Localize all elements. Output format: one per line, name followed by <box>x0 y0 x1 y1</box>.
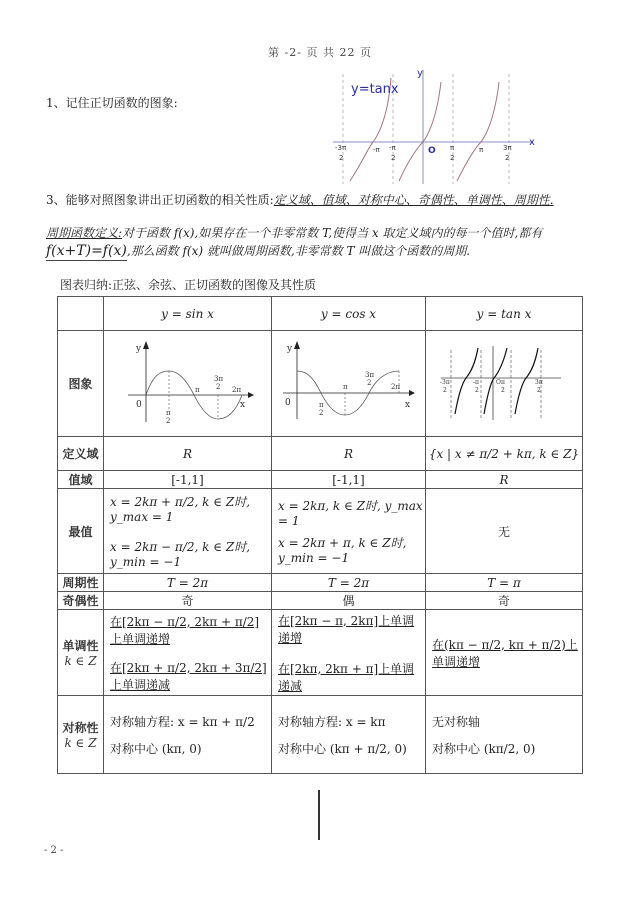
sin-graph-cell: y 0 x π2 π 3π2 2π <box>104 331 272 437</box>
header-sin: y = sin x <box>104 297 272 331</box>
period-cos: T = 2π <box>272 574 426 592</box>
monotonic-sin-inc: 在[2kπ − π/2, 2kπ + π/2]上单调递增 <box>110 613 271 647</box>
monotonic-tan-inc: 在(kπ − π/2, kπ + π/2)上单调递增 <box>432 636 582 670</box>
svg-text:3π: 3π <box>365 371 374 379</box>
svg-text:-π: -π <box>389 144 397 152</box>
symmetry-cos-axis: 对称轴方程: x = kπ <box>278 713 425 730</box>
table-row-domain: 定义域 R R {x | x ≠ π/2 + kπ, k ∈ Z} <box>58 437 583 471</box>
symmetry-cos: 对称轴方程: x = kπ 对称中心 (kπ + π/2, 0) <box>272 696 426 774</box>
symmetry-sublabel: k ∈ Z <box>58 736 103 750</box>
svg-text:2π: 2π <box>391 383 400 391</box>
monotonic-tan: 在(kπ − π/2, kπ + π/2)上单调递增 <box>426 610 583 696</box>
svg-text:2: 2 <box>367 379 371 387</box>
svg-text:0: 0 <box>136 400 142 410</box>
x-axis-label: x <box>529 137 535 148</box>
row-label-parity: 奇偶性 <box>58 592 104 610</box>
symmetry-sin-center: 对称中心 (kπ, 0) <box>110 740 271 757</box>
footer-page-number: - 2 - <box>44 845 63 856</box>
definition-text1: 对于函数 f(x),如果存在一个非零常数 T,使得当 x 取定义域内的每一个值时… <box>122 226 542 240</box>
svg-text:2π: 2π <box>232 386 241 394</box>
definition-text2: ,那么函数 f(x) 就叫做周期函数,非零常数 T 叫做这个函数的周期. <box>127 244 470 258</box>
svg-text:-3π: -3π <box>335 144 347 152</box>
range-sin: [-1,1] <box>104 471 272 489</box>
extrema-cos: x = 2kπ, k ∈ Z时, y_max = 1 x = 2kπ + π, … <box>272 489 426 574</box>
symmetry-sin-axis: 对称轴方程: x = kπ + π/2 <box>110 713 271 730</box>
svg-text:2: 2 <box>339 154 343 162</box>
period-sin: T = 2π <box>104 574 272 592</box>
svg-text:π: π <box>343 383 348 391</box>
y-axis-label: y <box>417 68 423 79</box>
table-row-range: 值域 [-1,1] [-1,1] R <box>58 471 583 489</box>
row-label-extrema: 最值 <box>58 489 104 574</box>
header-empty <box>58 297 104 331</box>
svg-text:π: π <box>195 386 200 394</box>
svg-text:2: 2 <box>391 154 395 162</box>
row-label-range: 值域 <box>58 471 104 489</box>
svg-text:2: 2 <box>501 387 505 394</box>
table-row-period: 周期性 T = 2π T = 2π T = π <box>58 574 583 592</box>
extrema-tan: 无 <box>426 489 583 574</box>
definition-formula: f(x+T)=f(x) <box>46 243 127 261</box>
svg-text:2: 2 <box>216 383 220 391</box>
summary-title: 图表归纳:正弦、余弦、正切函数的图像及其性质 <box>60 276 316 293</box>
monotonic-cos: 在[2kπ − π, 2kπ]上单调递增 在[2kπ, 2kπ + π]上单调递… <box>272 610 426 696</box>
table-row-graph: 图象 y 0 x π2 π 3π2 2π <box>58 331 583 437</box>
parity-cos: 偶 <box>272 592 426 610</box>
svg-text:2: 2 <box>537 387 541 394</box>
svg-text:2: 2 <box>475 387 479 394</box>
parity-tan: 奇 <box>426 592 583 610</box>
divider-line <box>318 790 320 840</box>
symmetry-tan: 无对称轴 对称中心 (kπ/2, 0) <box>426 696 583 774</box>
svg-text:x: x <box>240 400 245 410</box>
extrema-sin-max: x = 2kπ + π/2, k ∈ Z时, y_max = 1 <box>110 493 271 524</box>
table-row-parity: 奇偶性 奇 偶 奇 <box>58 592 583 610</box>
page-header: 第 -2- 页 共 22 页 <box>0 44 640 60</box>
range-tan: R <box>426 471 583 489</box>
svg-text:π: π <box>479 146 484 154</box>
section3-text: 3、能够对照图象讲出正切函数的相关性质:定义域、值域、对称中心、奇偶性、单调性、… <box>46 191 554 208</box>
svg-text:2: 2 <box>505 154 509 162</box>
monotonic-cos-dec: 在[2kπ, 2kπ + π]上单调递减 <box>278 660 425 694</box>
header-cos: y = cos x <box>272 297 426 331</box>
row-label-period: 周期性 <box>58 574 104 592</box>
domain-sin: R <box>104 437 272 471</box>
tan-graph-figure: y=tanx y x O -3π2 -π -π2 π2 π 3π2 <box>333 66 548 186</box>
origin-label: O <box>428 146 436 156</box>
section3-prefix: 3、能够对照图象讲出正切函数的相关性质: <box>46 193 274 207</box>
symmetry-sin: 对称轴方程: x = kπ + π/2 对称中心 (kπ, 0) <box>104 696 272 774</box>
svg-text:x: x <box>405 400 410 410</box>
svg-text:-π: -π <box>373 146 381 154</box>
svg-text:2: 2 <box>443 387 447 394</box>
section1-text: 1、记住正切函数的图象: <box>46 94 178 111</box>
parity-sin: 奇 <box>104 592 272 610</box>
row-label-monotonic: 单调性 k ∈ Z <box>58 610 104 696</box>
cos-graph: y 0 x π2 π 3π2 2π <box>279 337 419 427</box>
svg-text:-π: -π <box>473 379 479 386</box>
header-tan: y = tan x <box>426 297 583 331</box>
symmetry-cos-center: 对称中心 (kπ + π/2, 0) <box>278 740 425 757</box>
svg-text:2: 2 <box>450 154 454 162</box>
domain-tan: {x | x ≠ π/2 + kπ, k ∈ Z} <box>426 437 583 471</box>
extrema-cos-min: x = 2kπ + π, k ∈ Z时, y_min = −1 <box>278 534 425 565</box>
monotonic-sin: 在[2kπ − π/2, 2kπ + π/2]上单调递增 在[2kπ + π/2… <box>104 610 272 696</box>
symmetry-tan-axis: 无对称轴 <box>432 713 582 730</box>
svg-text:π: π <box>166 409 171 417</box>
monotonic-sin-dec: 在[2kπ + π/2, 2kπ + 3π/2]上单调递减 <box>110 659 271 693</box>
period-tan: T = π <box>426 574 583 592</box>
graph-title: y=tanx <box>351 82 399 97</box>
svg-text:3π: 3π <box>503 144 512 152</box>
table-row-monotonic: 单调性 k ∈ Z 在[2kπ − π/2, 2kπ + π/2]上单调递增 在… <box>58 610 583 696</box>
section3-properties: 定义域、值域、对称中心、奇偶性、单调性、周期性. <box>274 193 554 207</box>
cos-graph-cell: y 0 x π2 π 3π2 2π <box>272 331 426 437</box>
extrema-sin-min: x = 2kπ − π/2, k ∈ Z时, y_min = −1 <box>110 538 271 569</box>
svg-text:π: π <box>450 144 455 152</box>
svg-text:y: y <box>286 344 293 354</box>
row-label-graph: 图象 <box>58 331 104 437</box>
svg-text:3π: 3π <box>535 379 543 386</box>
monotonic-cos-inc: 在[2kπ − π, 2kπ]上单调递增 <box>278 612 425 646</box>
tan-mini-graph: -3π2 -π2 O π2 3π2 <box>439 342 569 422</box>
sin-graph: y 0 x π2 π 3π2 2π <box>118 337 258 427</box>
symmetry-label: 对称性 <box>58 719 103 736</box>
symmetry-tan-center: 对称中心 (kπ/2, 0) <box>432 740 582 757</box>
trig-properties-table: y = sin x y = cos x y = tan x 图象 y 0 x π… <box>57 296 583 774</box>
svg-text:3π: 3π <box>214 375 223 383</box>
monotonic-label: 单调性 <box>58 637 103 654</box>
svg-text:2: 2 <box>166 417 170 425</box>
svg-text:y: y <box>135 344 142 354</box>
svg-text:2: 2 <box>319 409 323 417</box>
extrema-sin: x = 2kπ + π/2, k ∈ Z时, y_max = 1 x = 2kπ… <box>104 489 272 574</box>
monotonic-sublabel: k ∈ Z <box>58 654 103 668</box>
svg-text:0: 0 <box>285 398 291 408</box>
range-cos: [-1,1] <box>272 471 426 489</box>
row-label-symmetry: 对称性 k ∈ Z <box>58 696 104 774</box>
tan-graph-cell: -3π2 -π2 O π2 3π2 <box>426 331 583 437</box>
row-label-domain: 定义域 <box>58 437 104 471</box>
table-row-extrema: 最值 x = 2kπ + π/2, k ∈ Z时, y_max = 1 x = … <box>58 489 583 574</box>
definition-label: 周期函数定义: <box>46 226 122 240</box>
table-row-symmetry: 对称性 k ∈ Z 对称轴方程: x = kπ + π/2 对称中心 (kπ, … <box>58 696 583 774</box>
svg-text:π: π <box>501 379 505 386</box>
extrema-cos-max: x = 2kπ, k ∈ Z时, y_max = 1 <box>278 497 425 528</box>
domain-cos: R <box>272 437 426 471</box>
svg-text:π: π <box>319 401 324 409</box>
periodic-definition: 周期函数定义:对于函数 f(x),如果存在一个非零常数 T,使得当 x 取定义域… <box>46 224 586 260</box>
svg-text:-3π: -3π <box>440 379 450 386</box>
table-header-row: y = sin x y = cos x y = tan x <box>58 297 583 331</box>
